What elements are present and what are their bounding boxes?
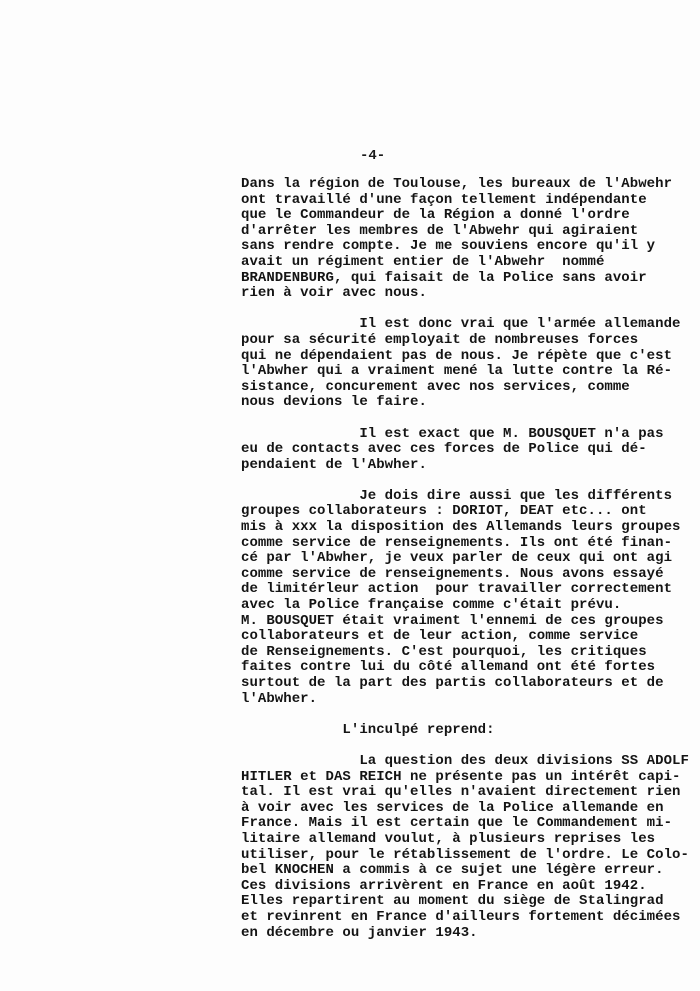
text-line: BRANDENBURG, qui faisait de la Police sa… — [241, 271, 691, 287]
text-line: cé par l'Abwher, je veux parler de ceux … — [241, 551, 691, 567]
paragraph-bousquet-contacts: Il est exact que M. BOUSQUET n'a pas eu … — [241, 427, 691, 474]
text-line: collaborateurs et de leur action, comme … — [241, 629, 691, 645]
text-line: utiliser, pour le rétablissement de l'or… — [241, 848, 691, 864]
text-line: rien à voir avec nous. — [241, 286, 691, 302]
text-line: de Renseignements. C'est pourquoi, les c… — [241, 645, 691, 661]
text-line: que le Commandeur de la Région a donné l… — [241, 208, 691, 224]
text-line: La question des deux divisions SS ADOLF — [241, 754, 691, 770]
text-line: eu de contacts avec ces forces de Police… — [241, 442, 691, 458]
paragraph-armee-allemande: Il est donc vrai que l'armée allemande p… — [241, 317, 691, 411]
paragraph-spacer — [241, 411, 691, 427]
text-line: qui ne dépendaient pas de nous. Je répèt… — [241, 349, 691, 365]
text-line: M. BOUSQUET était vraiment l'ennemi de c… — [241, 614, 691, 630]
text-line: avait un régiment entier de l'Abwehr nom… — [241, 255, 691, 271]
text-line: de limitérleur action pour travailler co… — [241, 582, 691, 598]
text-line: en décembre ou janvier 1943. — [241, 926, 691, 942]
text-line: France. Mais il est certain que le Comma… — [241, 816, 691, 832]
section-heading: L'inculpé reprend: — [241, 723, 691, 739]
text-line: ont travaillé d'une façon tellement indé… — [241, 193, 691, 209]
paragraph-toulouse: Dans la région de Toulouse, les bureaux … — [241, 177, 691, 302]
paragraph-groupes-collaborateurs: Je dois dire aussi que les différents gr… — [241, 489, 691, 707]
text-line: litaire allemand voulut, à plusieurs rep… — [241, 832, 691, 848]
paragraph-spacer — [241, 473, 691, 489]
text-line: pendaient de l'Abwher. — [241, 458, 691, 474]
text-line: l'Abwher qui a vraiment mené la lutte co… — [241, 364, 691, 380]
text-line: comme service de renseignements. Nous av… — [241, 567, 691, 583]
text-line: et revinrent en France d'ailleurs fortem… — [241, 910, 691, 926]
text-line: tal. Il est vrai qu'elles n'avaient dire… — [241, 785, 691, 801]
text-line: groupes collaborateurs : DORIOT, DEAT et… — [241, 504, 691, 520]
text-line: à voir avec les services de la Police al… — [241, 801, 691, 817]
paragraph-spacer — [241, 738, 691, 754]
paragraph-spacer — [241, 302, 691, 318]
text-line: Elles repartirent au moment du siège de … — [241, 894, 691, 910]
text-line: avec la Police française comme c'était p… — [241, 598, 691, 614]
text-line: mis à xxx la disposition des Allemands l… — [241, 520, 691, 536]
text-line: sistance, concurement avec nos services,… — [241, 380, 691, 396]
paragraph-divisions-ss: La question des deux divisions SS ADOLF … — [241, 754, 691, 941]
text-line: pour sa sécurité employait de nombreuses… — [241, 333, 691, 349]
text-line: Dans la région de Toulouse, les bureaux … — [241, 177, 691, 193]
text-line: Ces divisions arrivèrent en France en ao… — [241, 879, 691, 895]
document-page: -4- Dans la région de Toulouse, les bure… — [0, 0, 700, 991]
text-line: surtout de la part des partis collaborat… — [241, 676, 691, 692]
page-number: -4- — [360, 148, 385, 164]
text-line: sans rendre compte. Je me souviens encor… — [241, 239, 691, 255]
text-line: l'Abwher. — [241, 692, 691, 708]
document-body: Dans la région de Toulouse, les bureaux … — [241, 177, 691, 941]
paragraph-spacer — [241, 707, 691, 723]
text-line: faites contre lui du côté allemand ont é… — [241, 660, 691, 676]
text-line: Il est exact que M. BOUSQUET n'a pas — [241, 427, 691, 443]
text-line: bel KNOCHEN a commis à ce sujet une légè… — [241, 863, 691, 879]
text-line: Il est donc vrai que l'armée allemande — [241, 317, 691, 333]
text-line: Je dois dire aussi que les différents — [241, 489, 691, 505]
text-line: comme service de renseignements. Ils ont… — [241, 536, 691, 552]
text-line: d'arrêter les membres de l'Abwehr qui ag… — [241, 224, 691, 240]
text-line: HITLER et DAS REICH ne présente pas un i… — [241, 770, 691, 786]
text-line: nous devions le faire. — [241, 395, 691, 411]
